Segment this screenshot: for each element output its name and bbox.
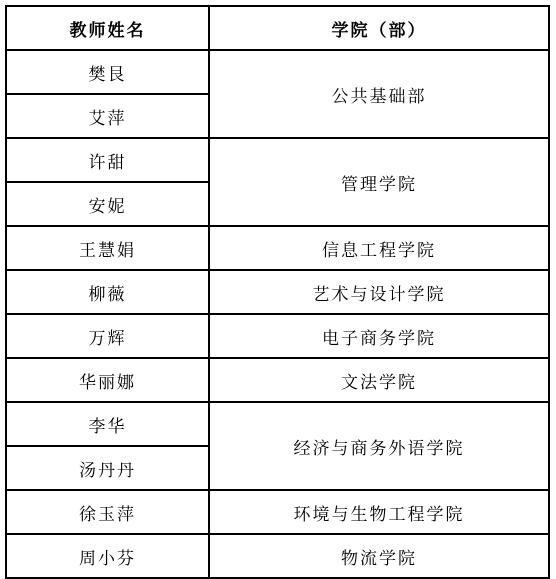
header-teacher-name: 教师姓名 bbox=[6, 6, 209, 50]
table-row: 柳薇 艺术与设计学院 bbox=[6, 270, 549, 314]
college-cell: 物流学院 bbox=[209, 534, 549, 561]
table-row: 华丽娜 文法学院 bbox=[6, 358, 549, 402]
header-college: 学院（部） bbox=[209, 6, 549, 50]
table-row: 樊艮 公共基础部 bbox=[6, 50, 549, 94]
header-row: 教师姓名 学院（部） bbox=[6, 6, 549, 50]
teacher-name-cell: 樊艮 bbox=[6, 50, 209, 94]
teacher-name-cell: 周小芬 bbox=[6, 534, 209, 561]
table-row: 周小芬 物流学院 bbox=[6, 534, 549, 561]
teacher-college-table: 教师姓名 学院（部） 樊艮 公共基础部 艾萍 许甜 管理学院 安妮 王慧娟 信息… bbox=[5, 5, 550, 561]
teacher-name-cell: 华丽娜 bbox=[6, 358, 209, 402]
college-cell: 经济与商务外语学院 bbox=[209, 402, 549, 490]
college-cell: 电子商务学院 bbox=[209, 314, 549, 358]
teacher-name-cell: 万辉 bbox=[6, 314, 209, 358]
college-cell: 艺术与设计学院 bbox=[209, 270, 549, 314]
teacher-name-cell: 汤丹丹 bbox=[6, 446, 209, 490]
teacher-name-cell: 艾萍 bbox=[6, 94, 209, 138]
teacher-name-cell: 安妮 bbox=[6, 182, 209, 226]
teacher-name-cell: 李华 bbox=[6, 402, 209, 446]
college-cell: 文法学院 bbox=[209, 358, 549, 402]
table-row: 许甜 管理学院 bbox=[6, 138, 549, 182]
teacher-name-cell: 柳薇 bbox=[6, 270, 209, 314]
college-cell: 信息工程学院 bbox=[209, 226, 549, 270]
table-row: 李华 经济与商务外语学院 bbox=[6, 402, 549, 446]
table-row: 王慧娟 信息工程学院 bbox=[6, 226, 549, 270]
college-cell: 公共基础部 bbox=[209, 50, 549, 138]
teacher-name-cell: 徐玉萍 bbox=[6, 490, 209, 534]
table-row: 万辉 电子商务学院 bbox=[6, 314, 549, 358]
table-row: 徐玉萍 环境与生物工程学院 bbox=[6, 490, 549, 534]
teacher-name-cell: 王慧娟 bbox=[6, 226, 209, 270]
college-cell: 管理学院 bbox=[209, 138, 549, 226]
college-cell: 环境与生物工程学院 bbox=[209, 490, 549, 534]
teacher-name-cell: 许甜 bbox=[6, 138, 209, 182]
